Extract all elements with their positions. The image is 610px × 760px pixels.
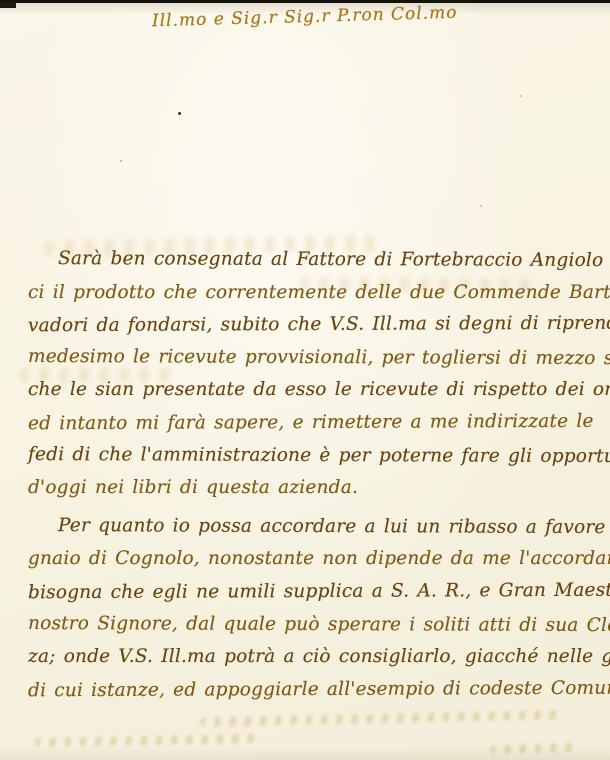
manuscript-line: medesimo le ricevute provvisionali, per …	[28, 341, 600, 376]
paper-bottom-shadow	[0, 746, 610, 760]
paper-speck	[178, 112, 181, 115]
paper-speck	[520, 95, 522, 97]
ink-show-through	[200, 710, 560, 727]
manuscript-line: di cui istanze, ed appoggiarle all'esemp…	[28, 672, 600, 707]
letter-salutation-heading: Ill.mo e Sig.r Sig.r P.ron Col.mo	[150, 3, 461, 50]
manuscript-line: d'oggi nei libri di questa azienda.	[28, 472, 600, 505]
manuscript-line: nostro Signore, dal quale può sperare i …	[28, 608, 600, 643]
manuscript-line: ed intanto mi farà sapere, e rimettere a…	[28, 406, 600, 441]
letter-paragraph-1: Sarà ben consegnata al Fattore di Forteb…	[28, 244, 600, 505]
manuscript-page: Ill.mo e Sig.r Sig.r P.ron Col.mo Sarà b…	[0, 0, 610, 760]
manuscript-line: bisogna che egli ne umili supplica a S. …	[28, 575, 600, 610]
manuscript-line: gnaio di Cognolo, nonostante non dipende…	[28, 543, 600, 576]
letter-body: Sarà ben consegnata al Fattore di Forteb…	[28, 244, 600, 706]
manuscript-line: za; onde V.S. Ill.ma potrà a ciò consigl…	[28, 641, 600, 674]
manuscript-line: fedi di che l'amministrazione è per pote…	[28, 439, 600, 474]
manuscript-line: che le sian presentate da esso le ricevu…	[28, 374, 600, 407]
manuscript-line: ci il prodotto che correntemente delle d…	[28, 277, 600, 310]
manuscript-line: Sarà ben consegnata al Fattore di Forteb…	[28, 243, 600, 278]
letter-paragraph-2: Per quanto io possa accordare a lui un r…	[28, 511, 600, 707]
paper-speck	[480, 205, 482, 207]
manuscript-line: Per quanto io possa accordare a lui un r…	[28, 510, 600, 545]
manuscript-line: vadori da fondarsi, subito che V.S. Ill.…	[28, 308, 600, 343]
paper-speck	[120, 160, 122, 162]
